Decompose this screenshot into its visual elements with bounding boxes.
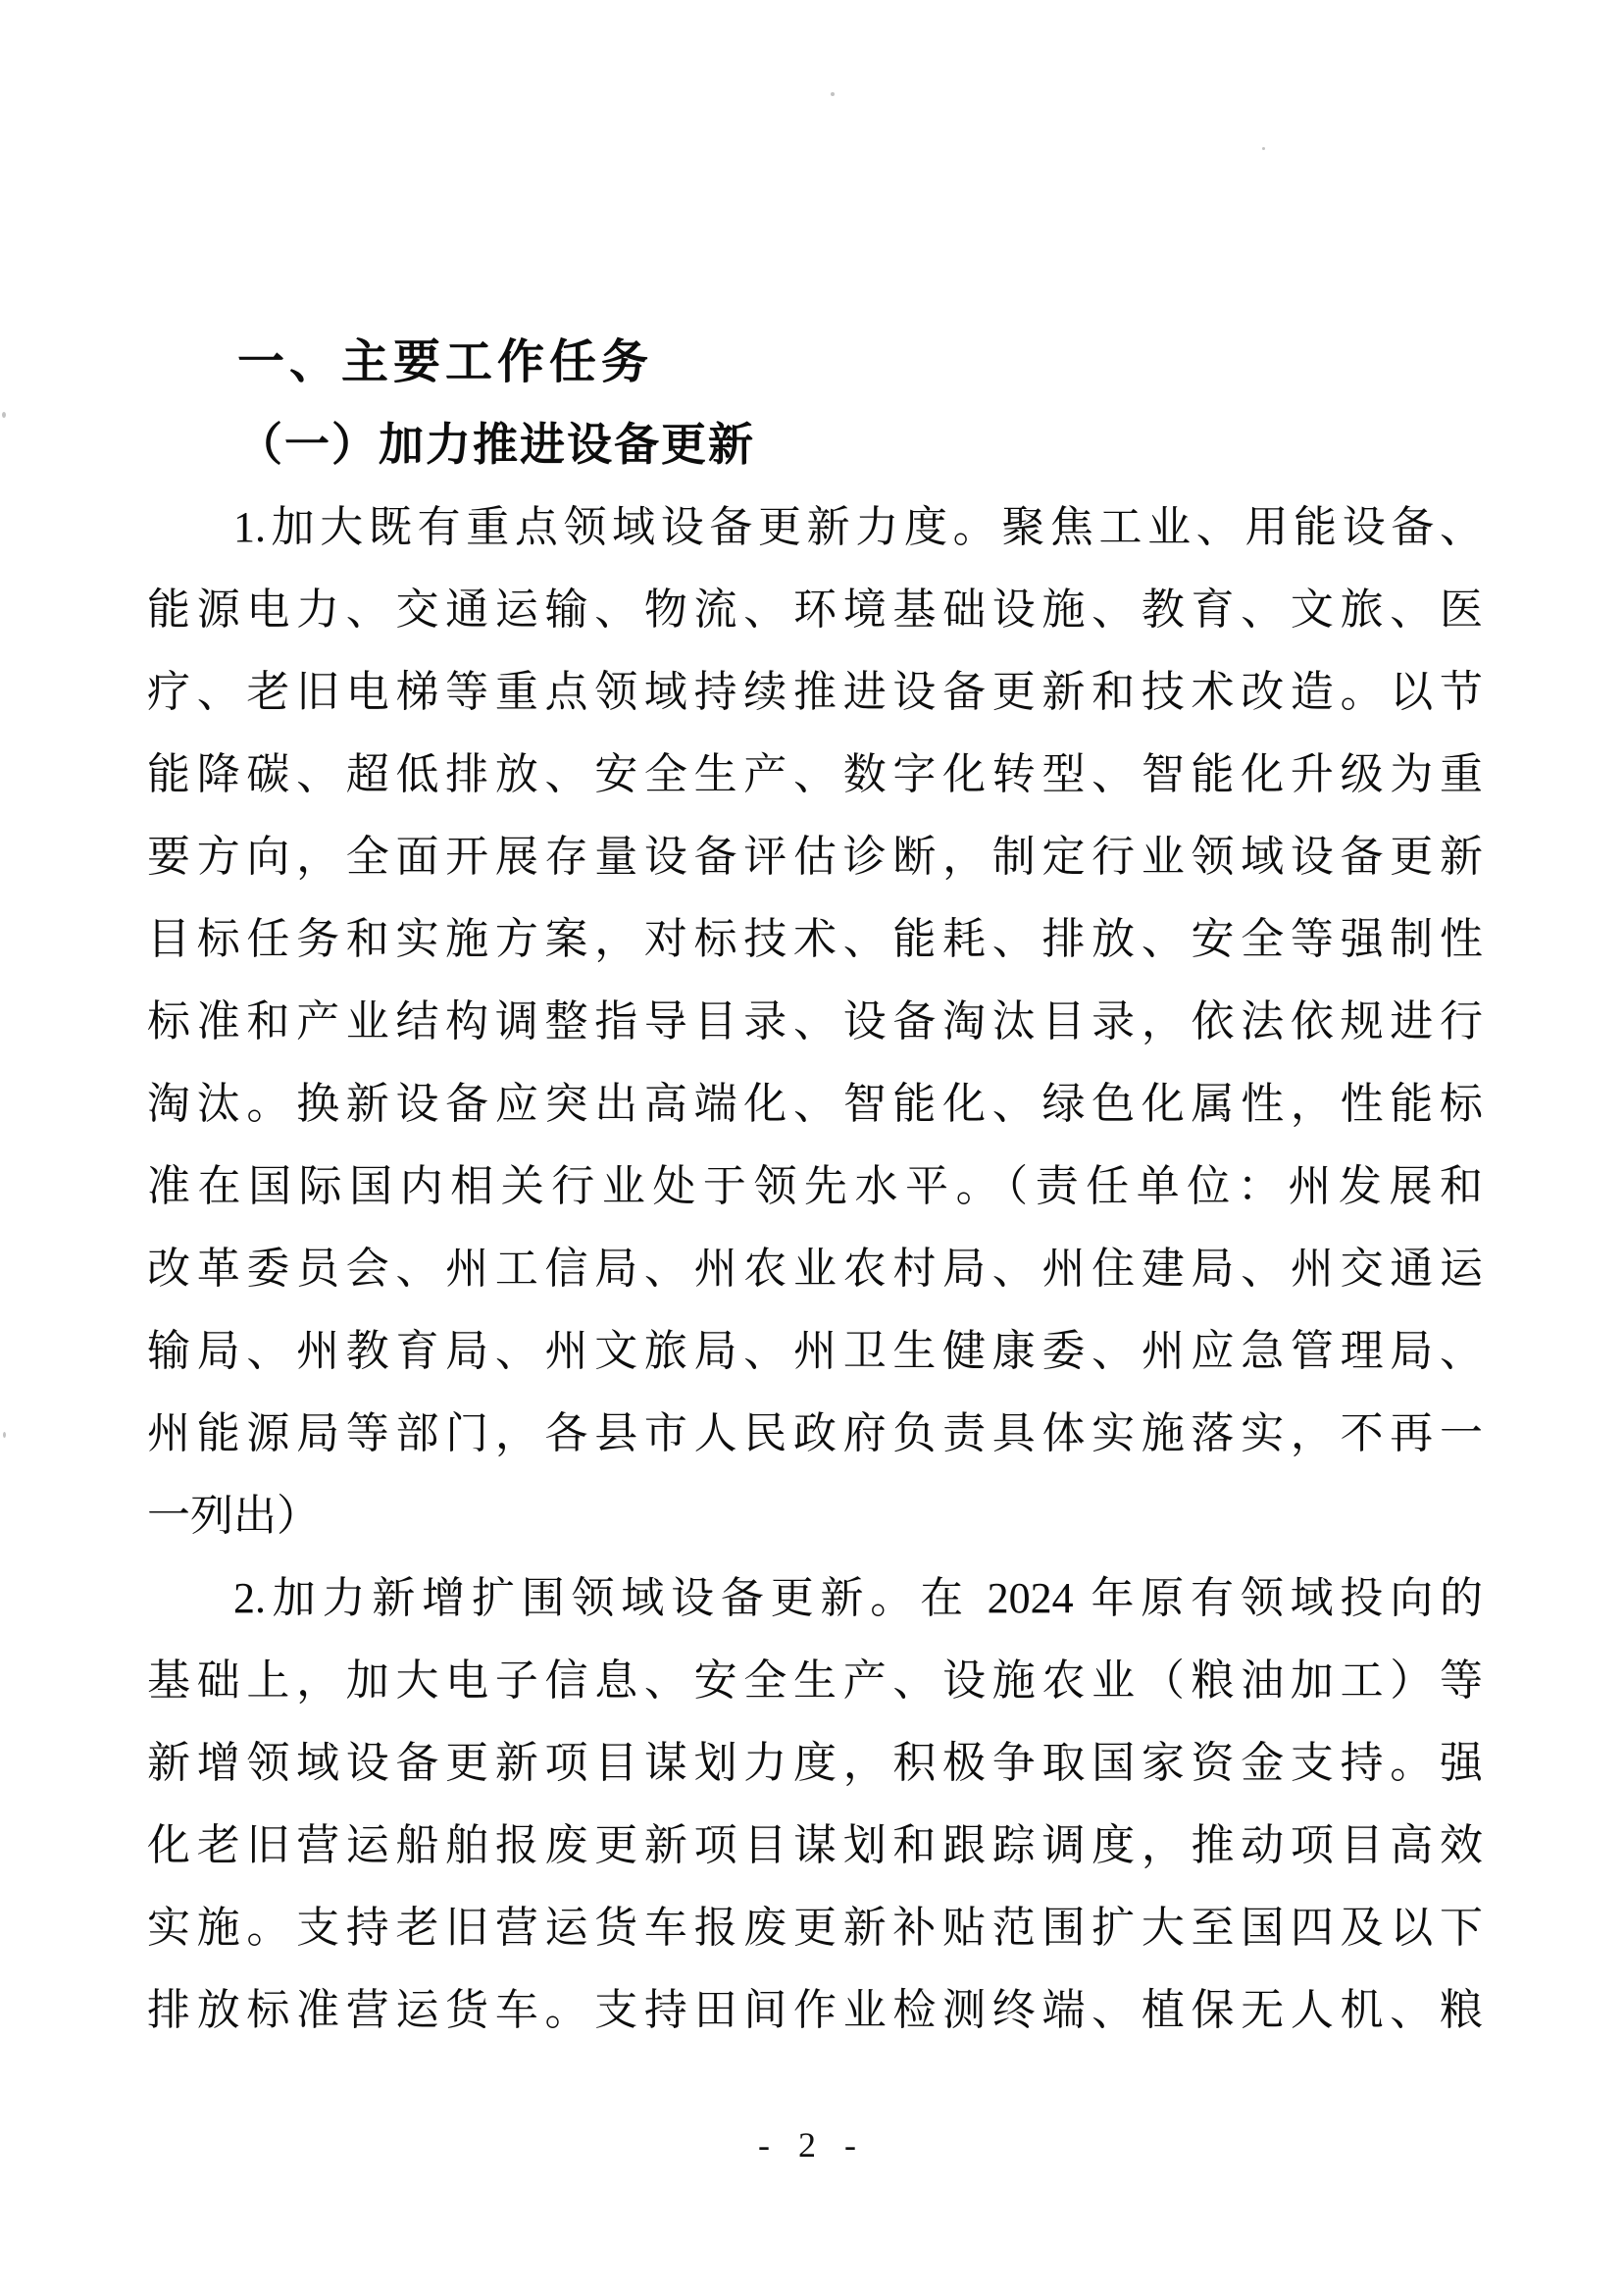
body-line: 州能源局等部门，各县市人民政府负责具体实施落实，不再一 [147,1393,1483,1475]
body-line: 1.加大既有重点领域设备更新力度。聚焦工业、用能设备、 [147,486,1483,569]
body-line: 排放标准营运货车。支持田间作业检测终端、植保无人机、粮 [147,1969,1483,2052]
scanned-document-page: 一、主要工作任务 （一）加力推进设备更新 1.加大既有重点领域设备更新力度。聚焦… [0,0,1624,2293]
body-line: 基础上，加大电子信息、安全生产、设施农业（粮油加工）等 [147,1640,1483,1722]
paragraph-2: 2.加力新增扩围领域设备更新。在 2024 年原有领域投向的 基础上，加大电子信… [147,1557,1483,2052]
body-line: 要方向，全面开展存量设备评估诊断，制定行业领域设备更新 [147,816,1483,898]
body-line: 目标任务和实施方案，对标技术、能耗、排放、安全等强制性 [147,898,1483,981]
scan-speck [1418,943,1422,947]
body-line: 2.加力新增扩围领域设备更新。在 2024 年原有领域投向的 [147,1557,1483,1640]
scan-speck [831,92,835,96]
scan-speck [2,412,6,418]
paragraph-1: 1.加大既有重点领域设备更新力度。聚焦工业、用能设备、 能源电力、交通运输、物流… [147,486,1483,1557]
body-line: 标准和产业结构调整指导目录、设备淘汰目录，依法依规进行 [147,981,1483,1063]
subsection-heading: （一）加力推进设备更新 [147,404,1483,486]
body-line: 输局、州教育局、州文旅局、州卫生健康委、州应急管理局、 [147,1310,1483,1393]
body-line: 疗、老旧电梯等重点领域持续推进设备更新和技术改造。以节 [147,651,1483,734]
scan-speck [1262,147,1265,150]
body-line: 准在国际国内相关行业处于领先水平。（责任单位：州发展和 [147,1146,1483,1228]
body-line: 新增领域设备更新项目谋划力度，积极争取国家资金支持。强 [147,1722,1483,1805]
body-line: 能降碳、超低排放、安全生产、数字化转型、智能化升级为重 [147,734,1483,816]
body-line: 实施。支持老旧营运货车报废更新补贴范围扩大至国四及以下 [147,1887,1483,1969]
body-line: 一列出） [147,1475,1483,1557]
body-line: 改革委员会、州工信局、州农业农村局、州住建局、州交通运 [147,1228,1483,1310]
body-line: 能源电力、交通运输、物流、环境基础设施、教育、文旅、医 [147,569,1483,651]
body-line: 淘汰。换新设备应突出高端化、智能化、绿色化属性，性能标 [147,1063,1483,1146]
scan-speck [3,1432,6,1438]
section-heading: 一、主要工作任务 [147,322,1483,404]
page-number: - 2 - [0,2124,1624,2166]
document-body: 一、主要工作任务 （一）加力推进设备更新 1.加大既有重点领域设备更新力度。聚焦… [147,322,1483,2052]
body-line: 化老旧营运船舶报废更新项目谋划和跟踪调度，推动项目高效 [147,1805,1483,1887]
